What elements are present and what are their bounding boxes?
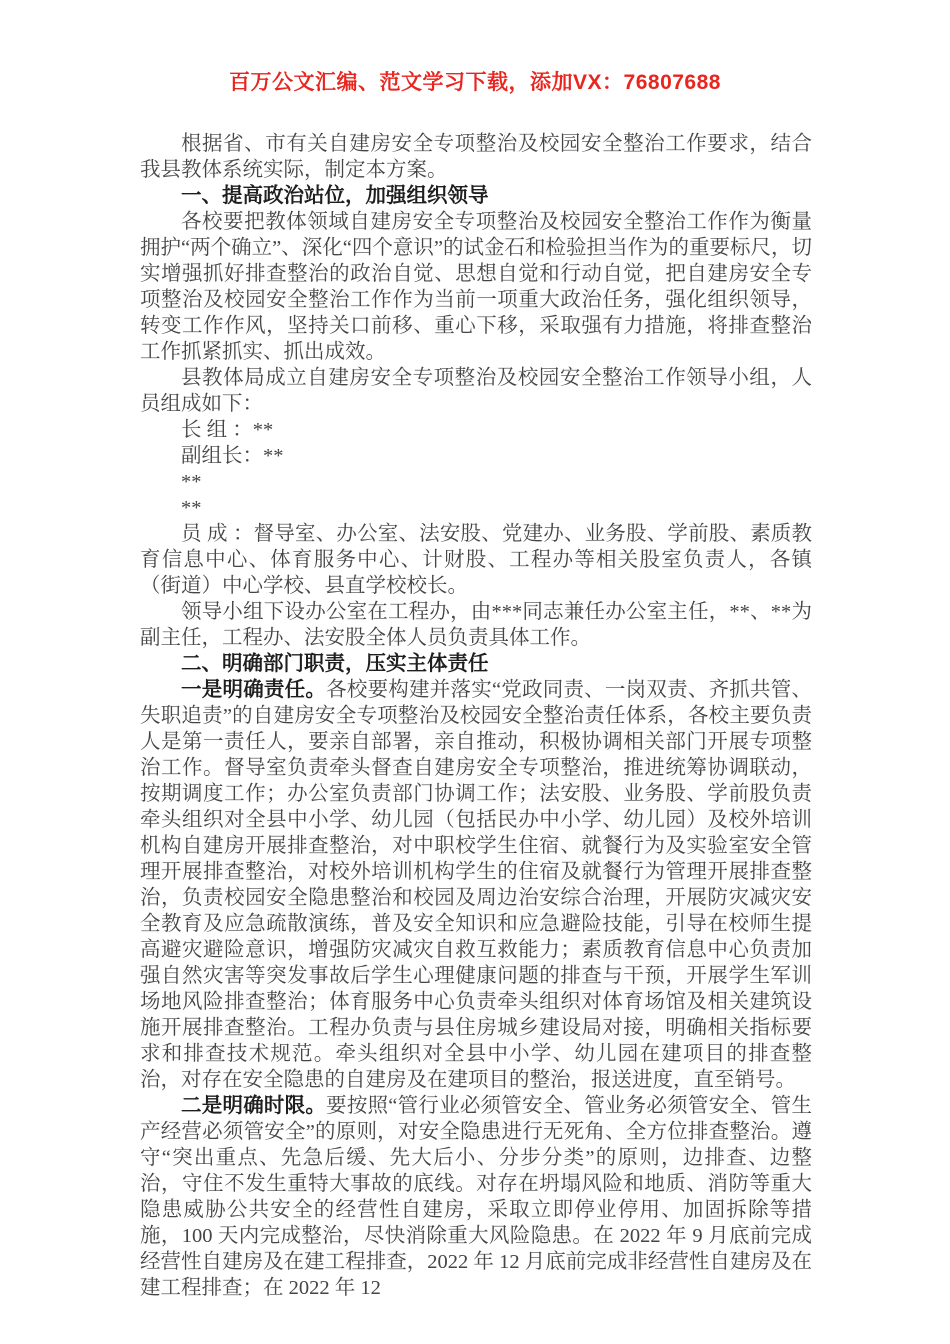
roster-line-deputy-leader: 副组长：**: [140, 443, 812, 469]
paragraph: 各校要把教体领域自建房安全专项整治及校园安全整治工作作为衡量拥护“两个确立”、深…: [140, 209, 812, 365]
paragraph-lead: 一是明确责任。: [181, 678, 326, 701]
paragraph: 一是明确责任。各校要构建并落实“党政同责、一岗双责、齐抓共管、失职追责”的自建房…: [140, 677, 812, 1093]
promo-header-text: 百万公文汇编、范文学习下载，添加VX：76807688: [0, 69, 950, 97]
roster-line-members: 员 成 ：督导室、办公室、法安股、党建办、业务股、学前股、素质教育信息中心、体育…: [140, 521, 812, 599]
paragraph: 领导小组下设办公室在工程办，由***同志兼任办公室主任，**、**为副主任，工程…: [140, 599, 812, 651]
section-heading-2: 二、明确部门职责，压实主体责任: [140, 651, 812, 677]
document-page: 百万公文汇编、范文学习下载，添加VX：76807688 根据省、市有关自建房安全…: [0, 0, 950, 1344]
roster-line-placeholder: **: [140, 469, 812, 495]
roster-line-group-leader: 长 组 ：**: [140, 417, 812, 443]
document-body: 根据省、市有关自建房安全专项整治及校园安全整治工作要求，结合我县教体系统实际，制…: [140, 131, 812, 1301]
section-heading-1: 一、提高政治站位，加强组织领导: [140, 183, 812, 209]
paragraph-text: 要按照“管行业必须管安全、管业务必须管安全、管生产经营必须管安全”的原则，对安全…: [140, 1095, 812, 1299]
roster-line-placeholder: **: [140, 495, 812, 521]
paragraph-lead: 二是明确时限。: [181, 1094, 326, 1117]
paragraph-text: 各校要构建并落实“党政同责、一岗双责、齐抓共管、失职追责”的自建房安全专项整治及…: [140, 679, 812, 1091]
paragraph: 县教体局成立自建房安全专项整治及校园安全整治工作领导小组，人员组成如下：: [140, 365, 812, 417]
paragraph: 二是明确时限。要按照“管行业必须管安全、管业务必须管安全、管生产经营必须管安全”…: [140, 1093, 812, 1301]
paragraph-intro: 根据省、市有关自建房安全专项整治及校园安全整治工作要求，结合我县教体系统实际，制…: [140, 131, 812, 183]
